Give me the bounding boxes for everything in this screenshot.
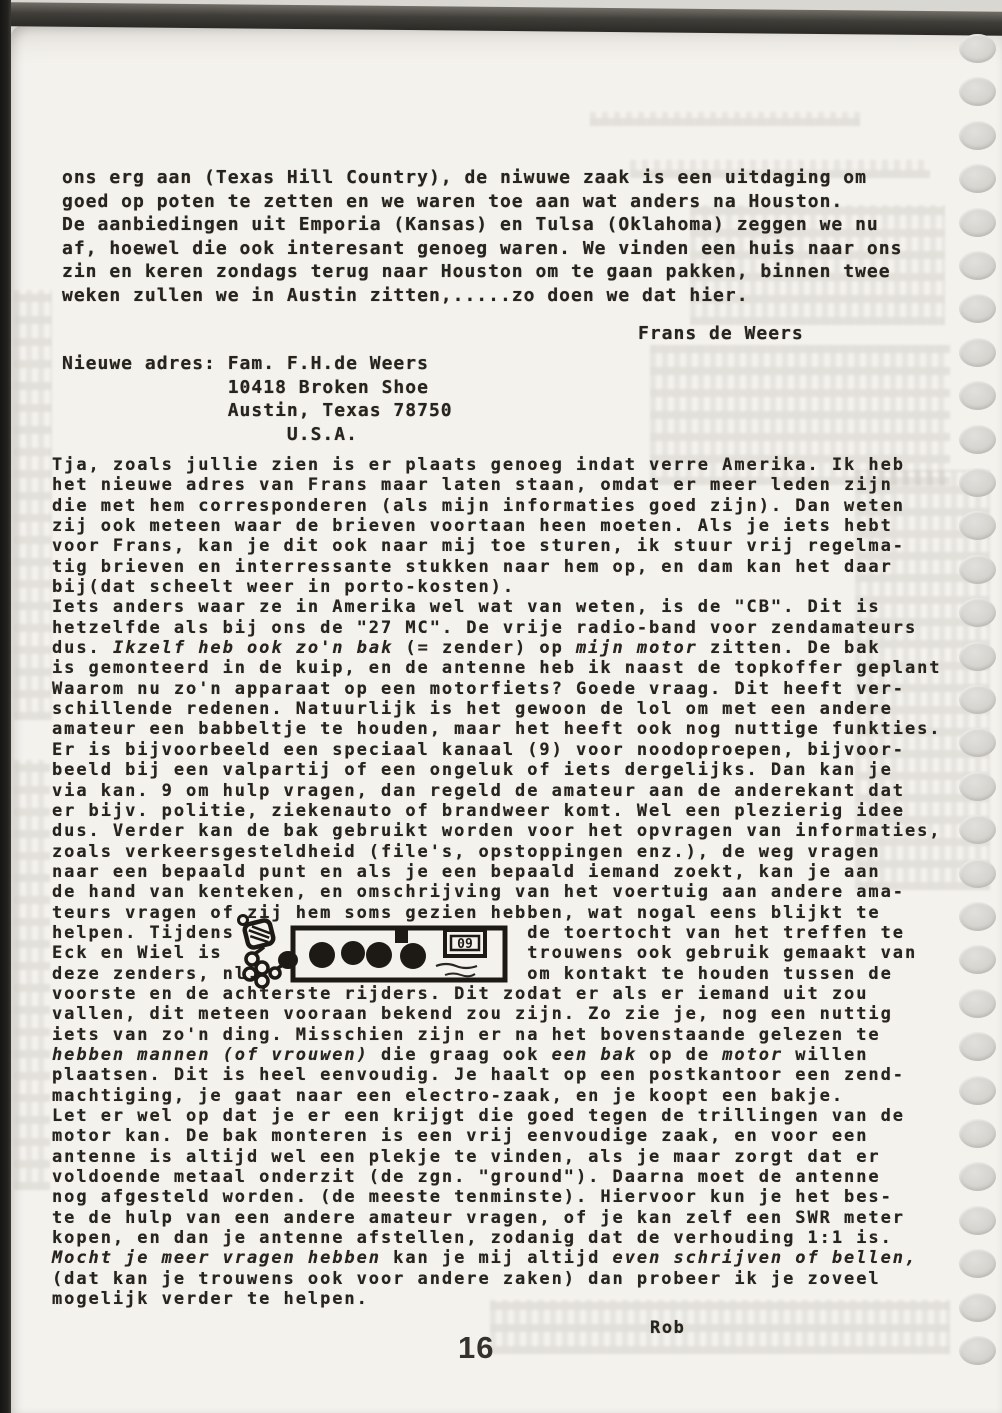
text-segment: mijn motor — [576, 638, 698, 658]
text-line: nog afgesteld worden. (de meeste tenmins… — [52, 1187, 942, 1207]
text-segment: (= zender) op — [393, 638, 576, 658]
text-line: ons erg aan (Texas Hill Country), de niw… — [62, 166, 902, 190]
text-line: De aanbiedingen uit Emporia (Kansas) en … — [62, 213, 902, 237]
text-line: machtiging, je gaat naar een electro-zaa… — [52, 1086, 942, 1106]
text-line: beeld bij een valpartij of een ongeluk o… — [52, 760, 942, 780]
letter-signature: Frans de Weers — [638, 322, 804, 346]
text-line: het nieuwe adres van Frans maar laten st… — [52, 475, 942, 495]
mic-hook-icon — [239, 916, 248, 925]
text-line: Mocht je meer vragen hebben kan je mij a… — [52, 1248, 942, 1268]
text-line: dus. Verder kan de bak gebruikt worden v… — [52, 821, 942, 841]
text-line: U.S.A. — [62, 423, 453, 447]
punch-hole — [959, 989, 996, 1018]
text-line: 10418 Broken Shoe — [62, 376, 453, 400]
text-line: zoals verkeersgesteldheid (file's, opsto… — [52, 842, 942, 862]
punch-hole — [959, 1076, 996, 1105]
text-line: voor Frans, kan je dit ook naar mij toe … — [52, 536, 942, 556]
radio-knob-icon — [341, 941, 365, 965]
address-block: Nieuwe adres: Fam. F.H.de Weers 10418 Br… — [62, 352, 453, 446]
text-line: iets van zo'n ding. Misschien zijn er na… — [52, 1025, 942, 1045]
text-line: Er is bijvoorbeeld een speciaal kanaal (… — [52, 740, 942, 760]
text-line: is gemonteerd in de kuip, en de antenne … — [52, 658, 942, 678]
bleedthrough-artifact — [14, 290, 52, 720]
body-text: Tja, zoals jullie zien is er plaats geno… — [52, 455, 942, 1309]
channel-number: 09 — [457, 937, 473, 952]
text-line: voldoende metaal onderzit (de zgn. "grou… — [52, 1167, 942, 1187]
punch-hole — [959, 902, 996, 931]
radio-knob-icon — [366, 942, 392, 968]
signoff-name: Rob — [650, 1318, 686, 1338]
opening-paragraph: ons erg aan (Texas Hill Country), de niw… — [62, 166, 902, 307]
punch-hole — [959, 859, 996, 888]
text-line: mogelijk verder te helpen. — [52, 1289, 942, 1309]
text-line: Tja, zoals jullie zien is er plaats geno… — [52, 455, 942, 475]
radio-knob-icon — [400, 943, 426, 969]
text-segment: een bak — [552, 1045, 637, 1065]
text-line: bij(dat scheelt weer in porto-kosten). — [52, 577, 942, 597]
text-line: naar een bepaald punt en als je een bepa… — [52, 862, 942, 882]
microphone-icon — [243, 919, 274, 949]
cord-plug — [278, 951, 298, 969]
punch-hole — [959, 1206, 996, 1235]
text-line: motor kan. De bak monteren is een vrij e… — [52, 1126, 942, 1146]
text-line: tig brieven en interressante stukken naa… — [52, 557, 942, 577]
page-number-value: 16 — [458, 1330, 494, 1365]
text-segment: kan je mij altijd — [381, 1248, 613, 1268]
punch-hole — [959, 1249, 996, 1278]
scanned-document: { "document": { "page_number": "16", "au… — [0, 0, 1002, 1413]
punch-hole — [959, 208, 996, 237]
text-line: (dat kan je trouwens ook voor andere zak… — [52, 1269, 942, 1289]
text-line: zin en keren zondags terug naar Houston … — [62, 260, 902, 284]
text-line: weken zullen we in Austin zitten,.....zo… — [62, 284, 902, 308]
punch-hole — [959, 1293, 996, 1322]
punch-hole — [959, 425, 996, 454]
text-line: amateur een babbeltje te houden, maar he… — [52, 719, 942, 739]
text-line: Waarom nu zo'n apparaat op een motorfiet… — [52, 679, 942, 699]
text-segment: hebben mannen (of vrouwen) — [52, 1045, 369, 1065]
punch-hole — [959, 685, 996, 714]
radio-channel-display: 09 — [445, 930, 485, 956]
text-line: Iets anders waar ze in Amerika wel wat v… — [52, 597, 942, 617]
text-line: af, hoewel die ook interesant genoeg war… — [62, 237, 902, 261]
text-line: plaatsen. Dit is heel eenvoudig. Je haal… — [52, 1065, 942, 1085]
text-line: hebben mannen (of vrouwen) die graag ook… — [52, 1045, 942, 1065]
punch-hole — [959, 34, 996, 63]
text-segment: die graag ook — [369, 1045, 552, 1065]
text-line: Austin, Texas 78750 — [62, 399, 453, 423]
text-line: die met hem corresponderen (als mijn inf… — [52, 496, 942, 516]
punch-hole — [959, 468, 996, 497]
punch-hole — [959, 121, 996, 150]
punch-hole — [959, 1336, 996, 1365]
mic-cord — [244, 947, 288, 987]
signature-name: Frans de Weers — [638, 323, 804, 344]
punch-hole — [959, 642, 996, 671]
text-line: schillende redenen. Natuurlijk is het ge… — [52, 699, 942, 719]
text-segment: zitten. De bak — [698, 638, 881, 658]
text-line: te de hulp van een andere amateur vragen… — [52, 1208, 942, 1228]
punch-hole — [959, 338, 996, 367]
radio-switch-icon — [395, 929, 408, 943]
punch-hole — [959, 381, 996, 410]
text-line: kopen, en dan je antenne afstellen, zoda… — [52, 1228, 942, 1248]
punch-hole — [959, 772, 996, 801]
radio-knob-icon — [309, 942, 335, 968]
text-segment: even schrijven of bellen, — [613, 1248, 918, 1268]
text-line: dus. Ikzelf heb ook zo'n bak (= zender) … — [52, 638, 942, 658]
text-line: via kan. 9 om hulp vragen, dan regeld de… — [52, 781, 942, 801]
text-segment: willen — [783, 1045, 868, 1065]
punch-hole — [959, 598, 996, 627]
text-segment: Mocht je meer vragen hebben — [52, 1248, 381, 1268]
text-line: Nieuwe adres: Fam. F.H.de Weers — [62, 352, 453, 376]
scanner-edge-left — [0, 0, 11, 1413]
text-line: Let er wel op dat je er een krijgt die g… — [52, 1106, 942, 1126]
page-number: 16 — [458, 1330, 494, 1366]
punch-hole — [959, 1119, 996, 1148]
text-segment: motor — [722, 1045, 783, 1065]
punch-hole — [959, 815, 996, 844]
text-line: de hand van kenteken, en omschrijving va… — [52, 882, 942, 902]
cb-radio-illustration: 09 — [228, 914, 518, 1010]
text-line: goed op poten te zetten en we waren toe … — [62, 190, 902, 214]
text-segment: dus. — [52, 638, 113, 658]
punch-hole — [959, 164, 996, 193]
text-line: hetzelfde als bij ons de "27 MC". De vri… — [52, 618, 942, 638]
punch-hole — [959, 251, 996, 280]
text-segment: op de — [637, 1045, 722, 1065]
closing-signoff: Rob — [650, 1318, 686, 1338]
text-line: zij ook meteen waar de brieven voortaan … — [52, 516, 942, 536]
text-line: er bijv. politie, ziekenauto of brandwee… — [52, 801, 942, 821]
bleedthrough-artifact — [590, 112, 860, 126]
bleedthrough-artifact — [14, 760, 50, 1190]
punch-hole — [959, 555, 996, 584]
text-segment: Ikzelf heb ook zo'n bak — [113, 638, 393, 658]
text-line: antenne is altijd wel een plekje te vind… — [52, 1147, 942, 1167]
punch-hole — [959, 1032, 996, 1061]
